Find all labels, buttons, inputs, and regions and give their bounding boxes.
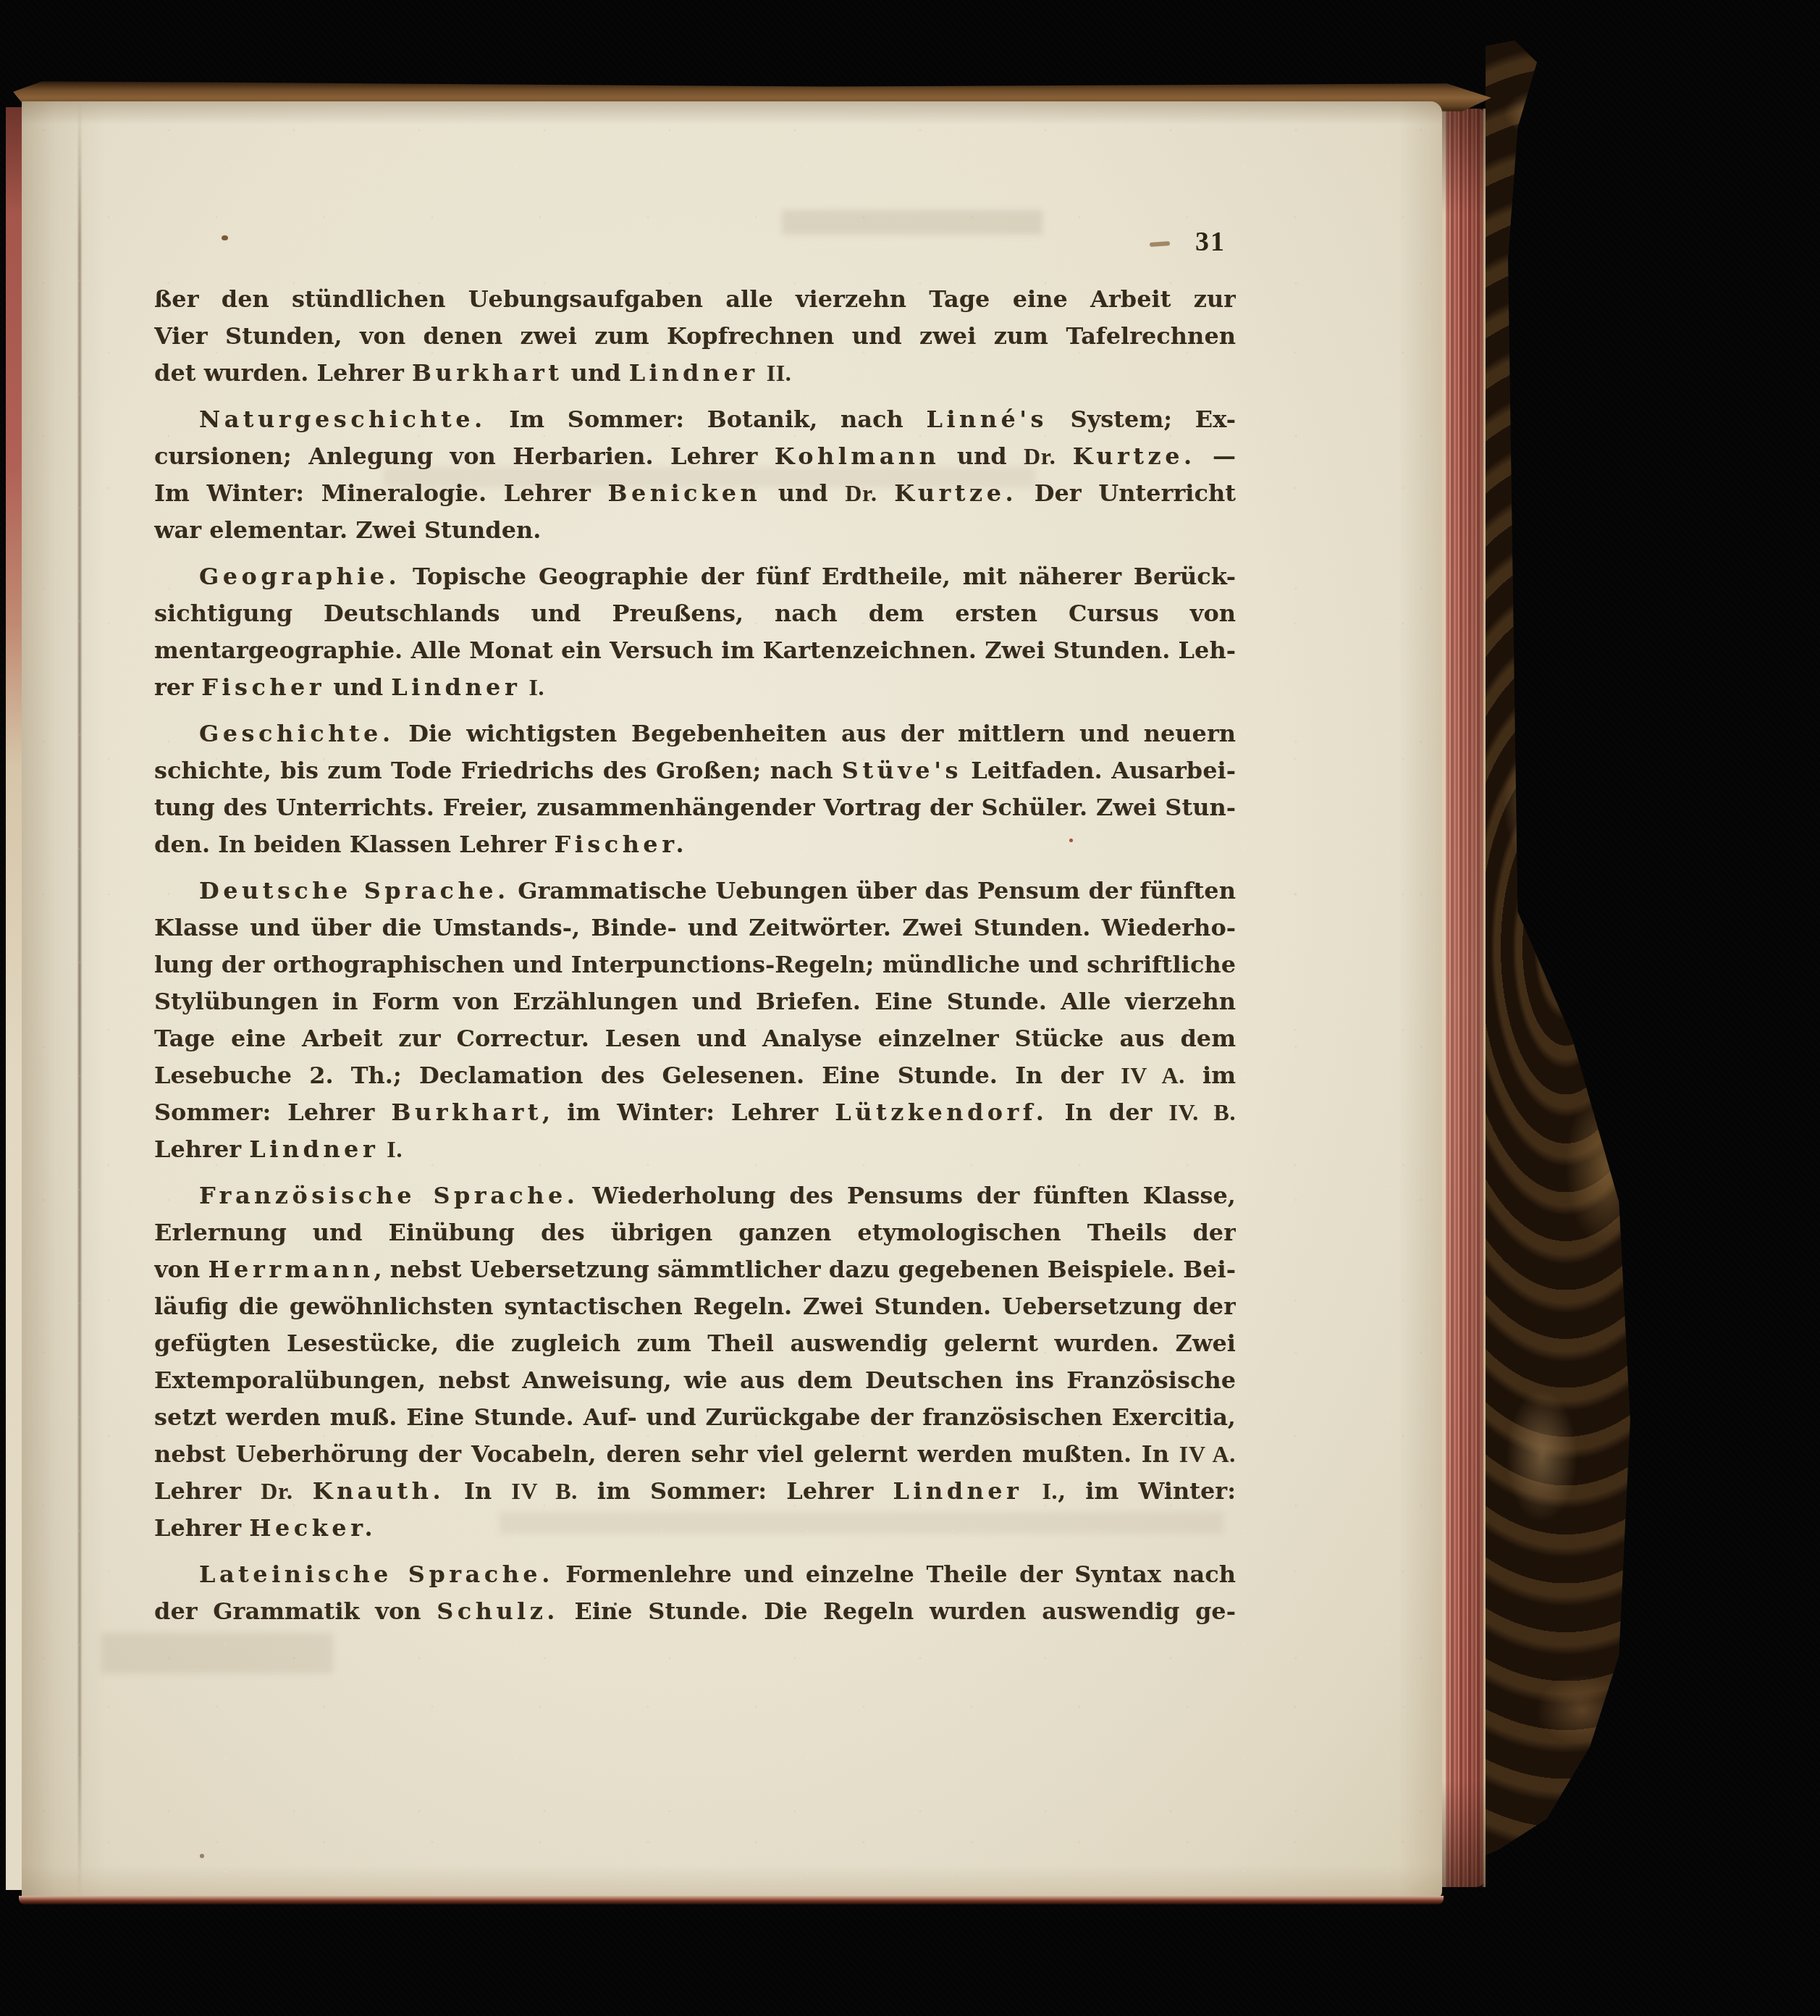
text-line: Extemporalübungen, nebst Anweisung, wie …: [154, 1362, 1236, 1399]
body-text: Lesebuche 2. Th.; Declamation des Gelese…: [154, 1062, 1121, 1089]
body-text: Erlernung und Einübung des übrigen ganze…: [154, 1219, 1236, 1251]
text-line: Lehrer Dr. Knauth. In IV B. im Sommer: L…: [154, 1473, 1236, 1510]
text-line: Klasse und über die Umstands-, Binde- un…: [154, 910, 1236, 946]
text-line: Lateinische Sprache. Formenlehre und ein…: [154, 1556, 1236, 1593]
text-line: Geographie. Topische Geographie der fünf…: [154, 558, 1236, 595]
letterspaced-name: Lindner: [249, 1135, 379, 1163]
body-text: Topische Geographie der fünf Erdtheile, …: [400, 563, 1236, 590]
body-text: [1022, 1477, 1042, 1505]
text-line: cursionen; Anlegung von Herbarien. Lehre…: [154, 438, 1236, 475]
letterspaced-name: Lateinische Sprache.: [199, 1561, 554, 1588]
body-text: sichtigung Deutschlands und Preußens, na…: [154, 600, 1236, 627]
body-text: System; Ex-: [1048, 406, 1236, 433]
letterspaced-name: Fischer.: [555, 831, 688, 858]
letterspaced-name: Lindner: [893, 1477, 1022, 1505]
antiqua-text: IV A.: [1179, 1441, 1236, 1467]
letterspaced-name: Lindner: [391, 673, 521, 701]
text-line: rer Fischer und Lindner I.: [154, 669, 1236, 706]
body-text: [379, 1135, 387, 1163]
body-text: [1056, 442, 1072, 470]
text-line: den. In beiden Klassen Lehrer Fischer.: [154, 826, 1236, 863]
text-line: Naturgeschichte. Im Sommer: Botanik, nac…: [154, 401, 1236, 438]
body-text: , im Winter:: [1058, 1477, 1236, 1505]
body-text: , im Winter: Lehrer: [542, 1099, 835, 1126]
body-text: und: [940, 442, 1024, 470]
body-text: cursionen; Anlegung von Herbarien. Lehre…: [154, 442, 775, 470]
body-text: , nebst Uebersetzung sämmtlicher dazu ge…: [374, 1256, 1236, 1283]
text-line: Französische Sprache. Wiederholung des P…: [154, 1177, 1236, 1214]
text-line: sichtigung Deutschlands und Preußens, na…: [154, 595, 1236, 632]
letterspaced-name: Hecker.: [249, 1514, 376, 1542]
antiqua-text: I.: [387, 1136, 403, 1162]
red-fore-edge: [1442, 109, 1486, 1887]
letterspaced-name: Kurtze.: [894, 479, 1017, 507]
paragraph: Deutsche Sprache. Grammatische Uebungen …: [154, 873, 1236, 1168]
letterspaced-name: Kohlmann: [775, 442, 940, 470]
paragraph: Lateinische Sprache. Formenlehre und ein…: [154, 1556, 1236, 1630]
body-text: Vier Stunden, von denen zwei zum Kopfrec…: [154, 322, 1236, 355]
body-text: Leitfaden. Ausarbei-: [962, 757, 1236, 784]
body-text: nebst Ueberhörung der Vocabeln, deren se…: [154, 1440, 1179, 1468]
body-text: tung des Unterrichts. Freier, zusammenhä…: [154, 794, 1236, 821]
body-text: ßer den stündlichen Uebungsaufgaben alle…: [154, 285, 1236, 318]
body-text: und: [761, 479, 845, 507]
text-line: gefügten Lesestücke, die zugleich zum Th…: [154, 1325, 1236, 1362]
text-line: Tage eine Arbeit zur Correctur. Lesen un…: [154, 1020, 1236, 1057]
body-text: und: [563, 359, 628, 387]
body-text: gefügten Lesestücke, die zugleich zum Th…: [154, 1330, 1236, 1362]
paragraph: Geschichte. Die wichtigsten Begebenheite…: [154, 715, 1236, 863]
body-text: Im Winter: Mineralogie. Lehrer: [154, 479, 608, 507]
book-page: 31 ßer den stündlichen Uebungsaufgaben a…: [22, 101, 1442, 1899]
body-text: Im Sommer: Botanik, nach: [486, 406, 927, 433]
body-text: Klasse und über die Umstands-, Binde- un…: [154, 914, 1236, 941]
text-line: lung der orthographischen und Interpunct…: [154, 946, 1236, 983]
body-text: [877, 479, 895, 507]
body-text: Tage eine Arbeit zur Correctur. Lesen un…: [154, 1025, 1236, 1057]
page-bottom-edge: [19, 1896, 1444, 1904]
body-text: In der: [1048, 1099, 1168, 1126]
text-line: Deutsche Sprache. Grammatische Uebungen …: [154, 873, 1236, 910]
antiqua-text: IV A.: [1121, 1062, 1185, 1088]
body-text: den. In beiden Klassen Lehrer: [154, 831, 555, 858]
body-text: [521, 673, 528, 701]
text-line: Lehrer Hecker.: [154, 1510, 1236, 1547]
body-text: im: [1185, 1062, 1236, 1089]
photo-background: 31 ßer den stündlichen Uebungsaufgaben a…: [0, 0, 1820, 2016]
letterspaced-name: Kurtze.: [1073, 442, 1196, 470]
paragraph: Geographie. Topische Geographie der fünf…: [154, 558, 1236, 706]
paragraph: Naturgeschichte. Im Sommer: Botanik, nac…: [154, 401, 1236, 549]
text-line: Im Winter: Mineralogie. Lehrer Benicken …: [154, 475, 1236, 512]
text-line: tung des Unterrichts. Freier, zusammenhä…: [154, 789, 1236, 826]
body-text: Wiederholung des Pensums der fünften Kla…: [578, 1182, 1236, 1209]
letterspaced-name: Burkhart: [412, 359, 563, 387]
body-text: von: [154, 1256, 208, 1283]
antiqua-text: II.: [767, 360, 792, 386]
text-line: schichte, bis zum Tode Friedrichs des Gr…: [154, 752, 1236, 789]
body-text: läufig die gewöhnlichsten syntactischen …: [154, 1293, 1236, 1325]
letterspaced-name: Französische Sprache.: [199, 1182, 578, 1209]
text-line: Sommer: Lehrer Burkhart, im Winter: Lehr…: [154, 1094, 1236, 1131]
letterspaced-name: Linné's: [926, 406, 1047, 433]
body-text: und: [325, 673, 391, 701]
antiqua-text: IV B.: [511, 1478, 577, 1504]
letterspaced-name: Herrmann: [208, 1256, 374, 1283]
body-text: war elementar. Zwei Stunden.: [154, 516, 541, 544]
antiqua-text: I.: [528, 674, 544, 700]
text-line: von Herrmann, nebst Uebersetzung sämmtli…: [154, 1251, 1236, 1288]
body-text: Der Unterricht: [1017, 479, 1236, 507]
letterspaced-name: Fischer: [201, 673, 325, 701]
letterspaced-name: Lützkendorf.: [835, 1099, 1048, 1126]
text-line: der Grammatik von Schulz. Eine Stunde. D…: [154, 1593, 1236, 1630]
body-text: rer: [154, 673, 201, 701]
letterspaced-name: Deutsche Sprache.: [199, 877, 510, 904]
body-text: [293, 1477, 313, 1505]
text-line: setzt werden muß. Eine Stunde. Auf- und …: [154, 1399, 1236, 1436]
letterspaced-name: Lindner: [629, 359, 759, 387]
letterspaced-name: Naturgeschichte.: [199, 406, 486, 433]
letterspaced-name: Schulz.: [437, 1597, 559, 1625]
gutter-crease: [78, 101, 81, 1899]
page-text: ßer den stündlichen Uebungsaufgaben alle…: [154, 281, 1236, 1639]
text-line: mentargeographie. Alle Monat ein Versuch…: [154, 632, 1236, 669]
body-text: Stylübungen in Form von Erzählungen und …: [154, 988, 1236, 1015]
body-text: der Grammatik von: [154, 1597, 437, 1625]
text-line: nebst Ueberhörung der Vocabeln, deren se…: [154, 1436, 1236, 1473]
text-line: Lesebuche 2. Th.; Declamation des Gelese…: [154, 1057, 1236, 1094]
body-text: Extemporalübungen, nebst Anweisung, wie …: [154, 1366, 1236, 1399]
letterspaced-name: Burkhart: [392, 1099, 543, 1126]
body-text: —: [1196, 442, 1236, 470]
text-line: ßer den stündlichen Uebungsaufgaben alle…: [154, 281, 1236, 318]
body-text: Lehrer: [154, 1477, 261, 1505]
stray-ink-mark: [1150, 241, 1170, 247]
body-text: setzt werden muß. Eine Stunde. Auf- und …: [154, 1403, 1236, 1431]
body-text: Grammatische Uebungen über das Pensum de…: [510, 877, 1236, 904]
antiqua-text: Dr.: [845, 480, 877, 506]
paper-speck: [222, 235, 228, 240]
text-line: Erlernung und Einübung des übrigen ganze…: [154, 1214, 1236, 1251]
body-text: Sommer: Lehrer: [154, 1099, 392, 1126]
antiqua-text: Dr.: [1024, 443, 1056, 469]
text-line: det wurden. Lehrer Burkhart und Lindner …: [154, 355, 1236, 392]
paragraph: ßer den stündlichen Uebungsaufgaben alle…: [154, 281, 1236, 392]
body-text: In: [445, 1477, 511, 1505]
body-text: Lehrer: [154, 1514, 249, 1542]
body-text: Eine Stunde. Die Regeln wurden auswendig…: [559, 1597, 1236, 1625]
letterspaced-name: Benicken: [608, 479, 762, 507]
text-line: Geschichte. Die wichtigsten Begebenheite…: [154, 715, 1236, 752]
letterspaced-name: Geschichte.: [199, 720, 394, 747]
antiqua-text: I.: [1042, 1478, 1058, 1504]
text-line: Vier Stunden, von denen zwei zum Kopfrec…: [154, 318, 1236, 355]
left-page-edge: [6, 107, 22, 1890]
page-number: 31: [1180, 226, 1241, 258]
body-text: det wurden. Lehrer: [154, 359, 412, 387]
text-line: Stylübungen in Form von Erzählungen und …: [154, 983, 1236, 1020]
body-text: Formenlehre und einzelne Theile der Synt…: [554, 1561, 1236, 1588]
letterspaced-name: Geographie.: [199, 563, 400, 590]
letterspaced-name: Knauth.: [313, 1477, 445, 1505]
marbled-cover-edge: [1486, 41, 1646, 1855]
body-text: lung der orthographischen und Interpunct…: [154, 951, 1236, 978]
paper-speck: [200, 1854, 204, 1858]
antiqua-text: Dr.: [261, 1478, 292, 1504]
body-text: im Sommer: Lehrer: [578, 1477, 893, 1505]
paragraph: Französische Sprache. Wiederholung des P…: [154, 1177, 1236, 1547]
body-text: Lehrer: [154, 1135, 249, 1163]
letterspaced-name: Stüve's: [842, 757, 962, 784]
antiqua-text: IV. B.: [1168, 1099, 1236, 1125]
text-line: Lehrer Lindner I.: [154, 1131, 1236, 1168]
body-text: mentargeographie. Alle Monat ein Versuch…: [154, 637, 1236, 664]
text-line: war elementar. Zwei Stunden.: [154, 512, 1236, 549]
body-text: [759, 359, 767, 387]
ink-showthrough: [782, 210, 1042, 235]
text-line: läufig die gewöhnlichsten syntactischen …: [154, 1288, 1236, 1325]
body-text: schichte, bis zum Tode Friedrichs des Gr…: [154, 757, 842, 784]
